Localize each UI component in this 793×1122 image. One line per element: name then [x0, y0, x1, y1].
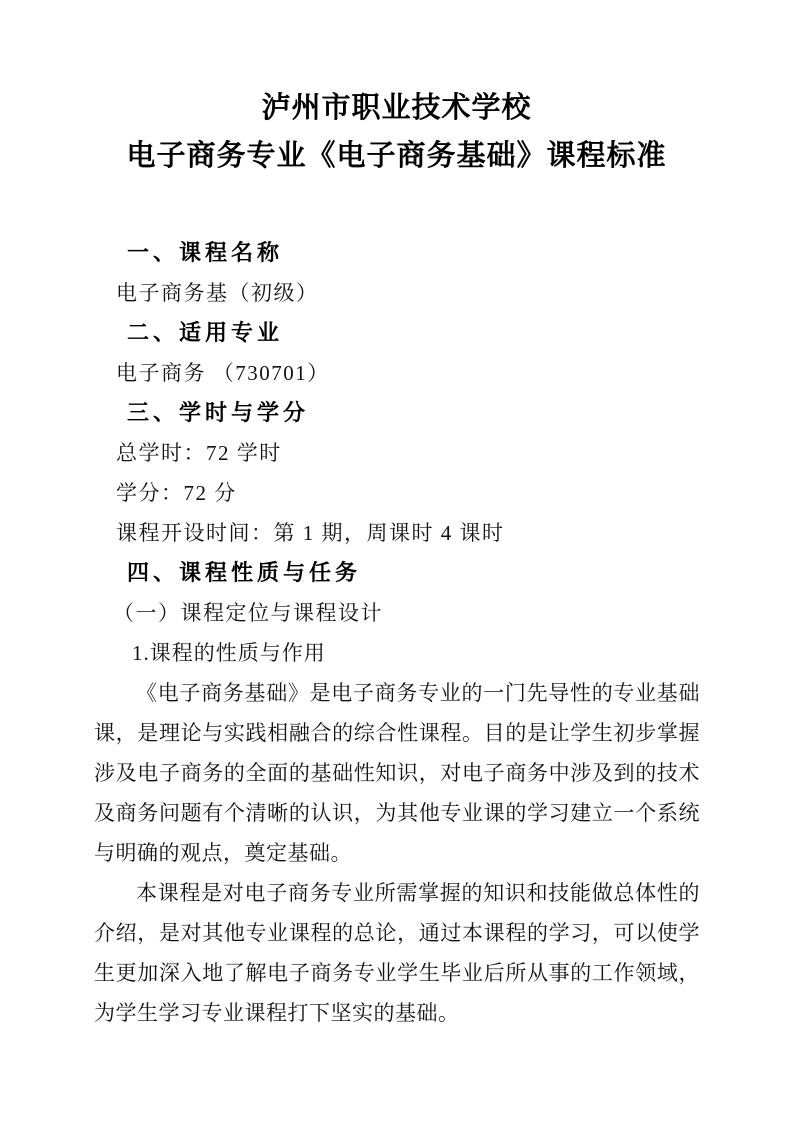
text-course-schedule: 课程开设时间：第 1 期，周课时 4 课时 [94, 513, 700, 553]
text-course-name-value: 电子商务基（初级） [94, 273, 700, 313]
doc-title-line-2: 电子商务专业《电子商务基础》课程标准 [0, 132, 793, 180]
document-body: 一、课程名称 电子商务基（初级） 二、适用专业 电子商务 （730701） 三、… [94, 233, 700, 1033]
heading-applicable-major: 二、适用专业 [94, 313, 700, 353]
paragraph-course-introduction: 《电子商务基础》是电子商务专业的一门先导性的专业基础课，是理论与实践相融合的综合… [94, 673, 700, 873]
text-total-hours: 总学时：72 学时 [94, 433, 700, 473]
subheading-course-positioning-and-design: （一）课程定位与课程设计 [94, 593, 700, 633]
subheading-course-nature-and-role: 1.课程的性质与作用 [94, 633, 700, 673]
doc-title-line-1: 泸州市职业技术学校 [0, 84, 793, 132]
heading-course-name: 一、课程名称 [94, 233, 700, 273]
text-credits: 学分：72 分 [94, 473, 700, 513]
document-page: 泸州市职业技术学校 电子商务专业《电子商务基础》课程标准 一、课程名称 电子商务… [0, 0, 793, 1122]
document-title: 泸州市职业技术学校 电子商务专业《电子商务基础》课程标准 [0, 0, 793, 180]
heading-course-nature-and-tasks: 四、课程性质与任务 [94, 553, 700, 593]
paragraph-course-overview: 本课程是对电子商务专业所需掌握的知识和技能做总体性的介绍，是对其他专业课程的总论… [94, 873, 700, 1033]
heading-hours-and-credits: 三、学时与学分 [94, 393, 700, 433]
text-major-code-value: 电子商务 （730701） [94, 353, 700, 393]
